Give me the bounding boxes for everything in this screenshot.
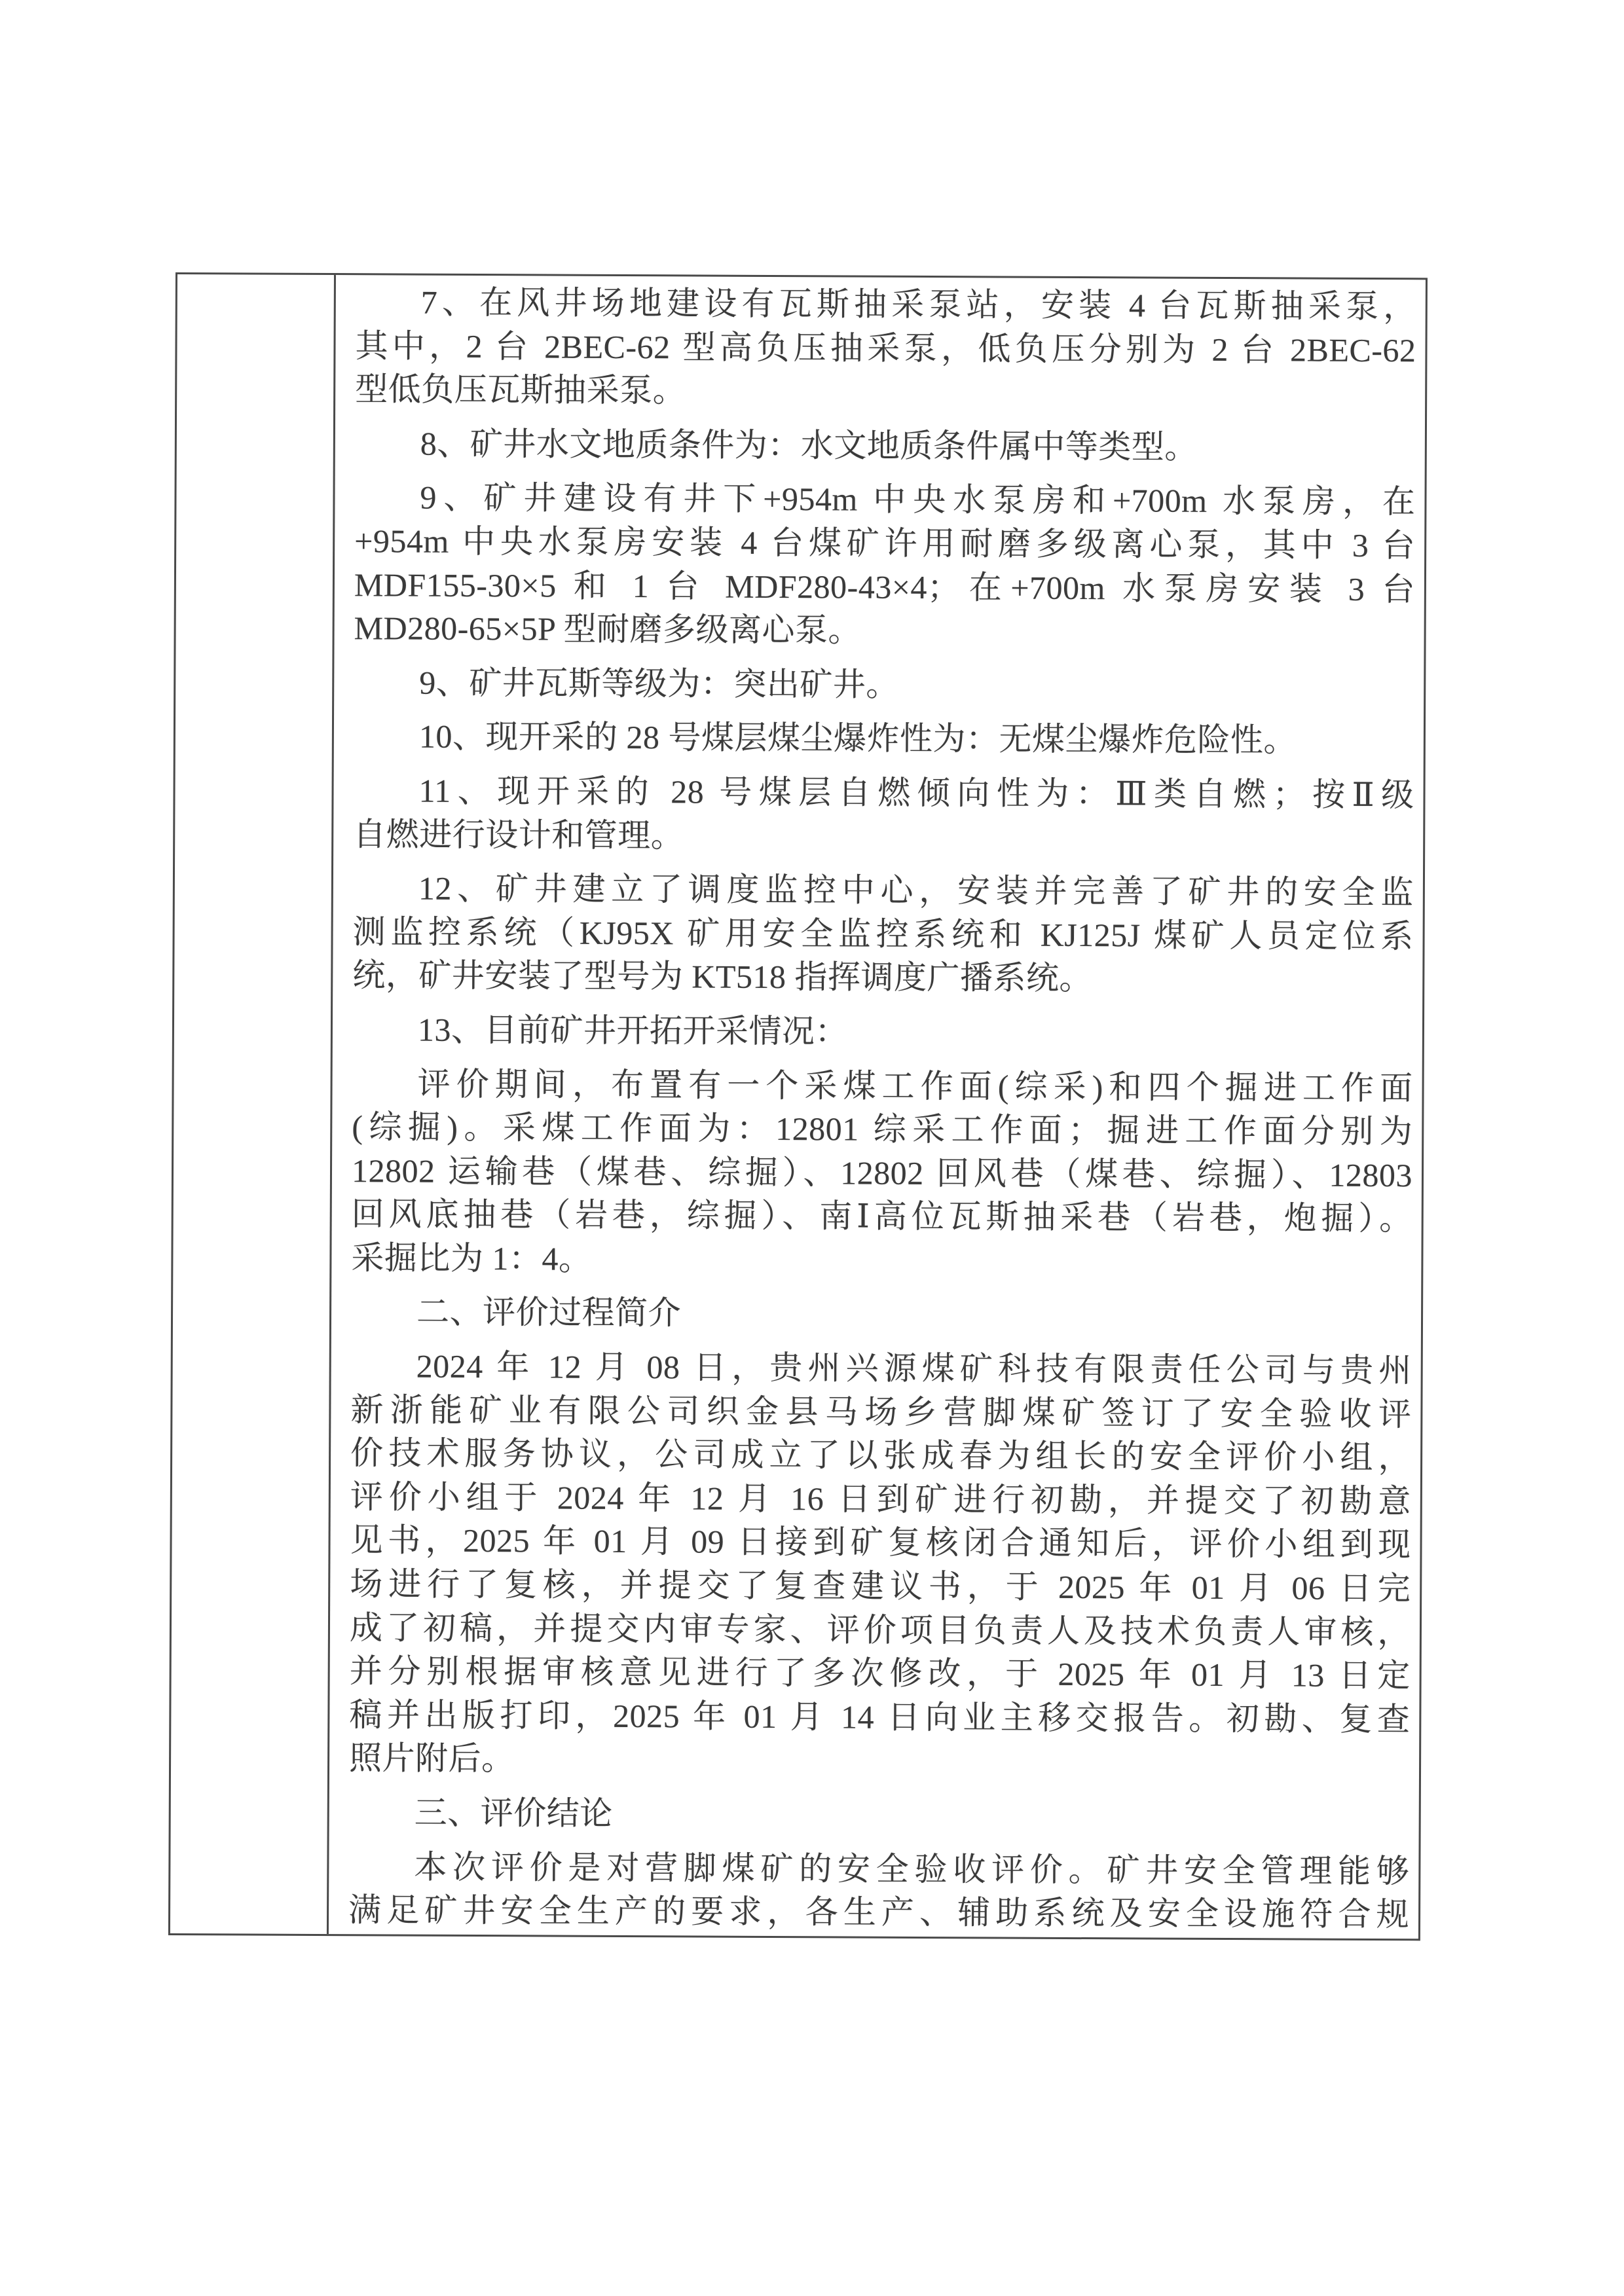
text-line: 见书，2025 年 01 月 09 日接到矿复核闭合通知后，评价小组到现 bbox=[350, 1519, 1411, 1567]
text-line: 统，矿井安装了型号为 KT518 指挥调度广播系统。 bbox=[352, 954, 1413, 1002]
text-line: 10、现开采的 28 号煤层煤尘爆炸性为：无煤尘爆炸危险性。 bbox=[354, 715, 1414, 763]
text-line: 满足矿井安全生产的要求，各生产、辅助系统及安全设施符合规 bbox=[348, 1888, 1409, 1937]
text-line: 场进行了复核，并提交了复查建议书，于 2025 年 01 月 06 日完 bbox=[350, 1562, 1411, 1611]
text-line: 照片附后。 bbox=[349, 1737, 1410, 1785]
text-line: +954m 中央水泵房安装 4 台煤矿许用耐磨多级离心泵，其中 3 台 bbox=[354, 519, 1415, 568]
text-line: 回风底抽巷（岩巷，综掘）、南Ⅰ高位瓦斯抽采巷（岩巷，炮掘）。 bbox=[352, 1192, 1412, 1241]
text-line: 7、在风井场地建设有瓦斯抽采泵站，安装 4 台瓦斯抽采泵， bbox=[356, 280, 1416, 329]
text-line: 评价小组于 2024 年 12 月 16 日到矿进行初勘，并提交了初勘意 bbox=[350, 1475, 1411, 1523]
text-line: 8、矿井水文地质条件为：水文地质条件属中等类型。 bbox=[355, 422, 1416, 470]
section-heading-text: 二、评价过程简介 bbox=[351, 1290, 1412, 1339]
text-line: 评价期间，布置有一个采煤工作面(综采)和四个掘进工作面 bbox=[352, 1062, 1412, 1110]
text-line: 测监控系统（KJ95X 矿用安全监控系统和 KJ125J 煤矿人员定位系 bbox=[352, 910, 1413, 958]
report-table: 7、在风井场地建设有瓦斯抽采泵站，安装 4 台瓦斯抽采泵， 其中，2 台 2BE… bbox=[168, 272, 1428, 1941]
text-line: 12802 运输巷（煤巷、综掘）、12802 回风巷（煤巷、综掘）、12803 bbox=[352, 1149, 1412, 1197]
text-line: MD280-65×5P 型耐磨多级离心泵。 bbox=[354, 606, 1414, 655]
text-line: 稿并出版打印，2025 年 01 月 14 日向业主移交报告。初勘、复查 bbox=[349, 1693, 1410, 1741]
text-line: 新浙能矿业有限公司织金县马场乡营脚煤矿签订了安全验收评 bbox=[350, 1388, 1411, 1436]
text-line: MDF155-30×5 和 1 台 MDF280-43×4；在+700m 水泵房… bbox=[354, 563, 1415, 611]
text-line: 自燃进行设计和管理。 bbox=[353, 812, 1414, 861]
text-line: 成了初稿，并提交内审专家、评价项目负责人及技术负责人审核， bbox=[350, 1606, 1411, 1654]
text-line: 采掘比为 1：4。 bbox=[351, 1236, 1412, 1285]
text-line: 其中，2 台 2BEC-62 型高负压抽采泵，低负压分别为 2 台 2BEC-6… bbox=[355, 324, 1416, 373]
table-left-column-empty bbox=[170, 274, 336, 1934]
text-line: 型低负压瓦斯抽采泵。 bbox=[355, 367, 1416, 416]
section-heading-text: 三、评价结论 bbox=[349, 1791, 1410, 1839]
text-line: 12、矿井建立了调度监控中心，安装并完善了矿井的安全监 bbox=[353, 866, 1414, 915]
text-line: 价技术服务协议，公司成立了以张成春为组长的安全评价小组， bbox=[350, 1431, 1411, 1480]
text-line: 13、目前矿井开拓开采情况： bbox=[352, 1008, 1413, 1056]
text-line: 11、现开采的 28 号煤层自燃倾向性为：Ⅲ类自燃；按Ⅱ级 bbox=[353, 769, 1414, 817]
text-line: 2024 年 12 月 08 日，贵州兴源煤矿科技有限责任公司与贵州 bbox=[351, 1344, 1412, 1393]
text-line: 并分别根据审核意见进行了多次修改，于 2025 年 01 月 13 日定 bbox=[350, 1649, 1411, 1698]
table-content-cell: 7、在风井场地建设有瓦斯抽采泵站，安装 4 台瓦斯抽采泵， 其中，2 台 2BE… bbox=[329, 275, 1426, 1939]
scanned-document-page: 7、在风井场地建设有瓦斯抽采泵站，安装 4 台瓦斯抽采泵， 其中，2 台 2BE… bbox=[0, 0, 1624, 2296]
text-line: 9、矿井建设有井下+954m 中央水泵房和+700m 水泵房，在 bbox=[354, 476, 1415, 524]
text-line: 9、矿井瓦斯等级为：突出矿井。 bbox=[354, 661, 1414, 709]
text-line: (综掘)。采煤工作面为：12801 综采工作面；掘进工作面分别为 bbox=[352, 1105, 1412, 1154]
text-line: 本次评价是对营脚煤矿的安全验收评价。矿井安全管理能够 bbox=[348, 1845, 1409, 1893]
